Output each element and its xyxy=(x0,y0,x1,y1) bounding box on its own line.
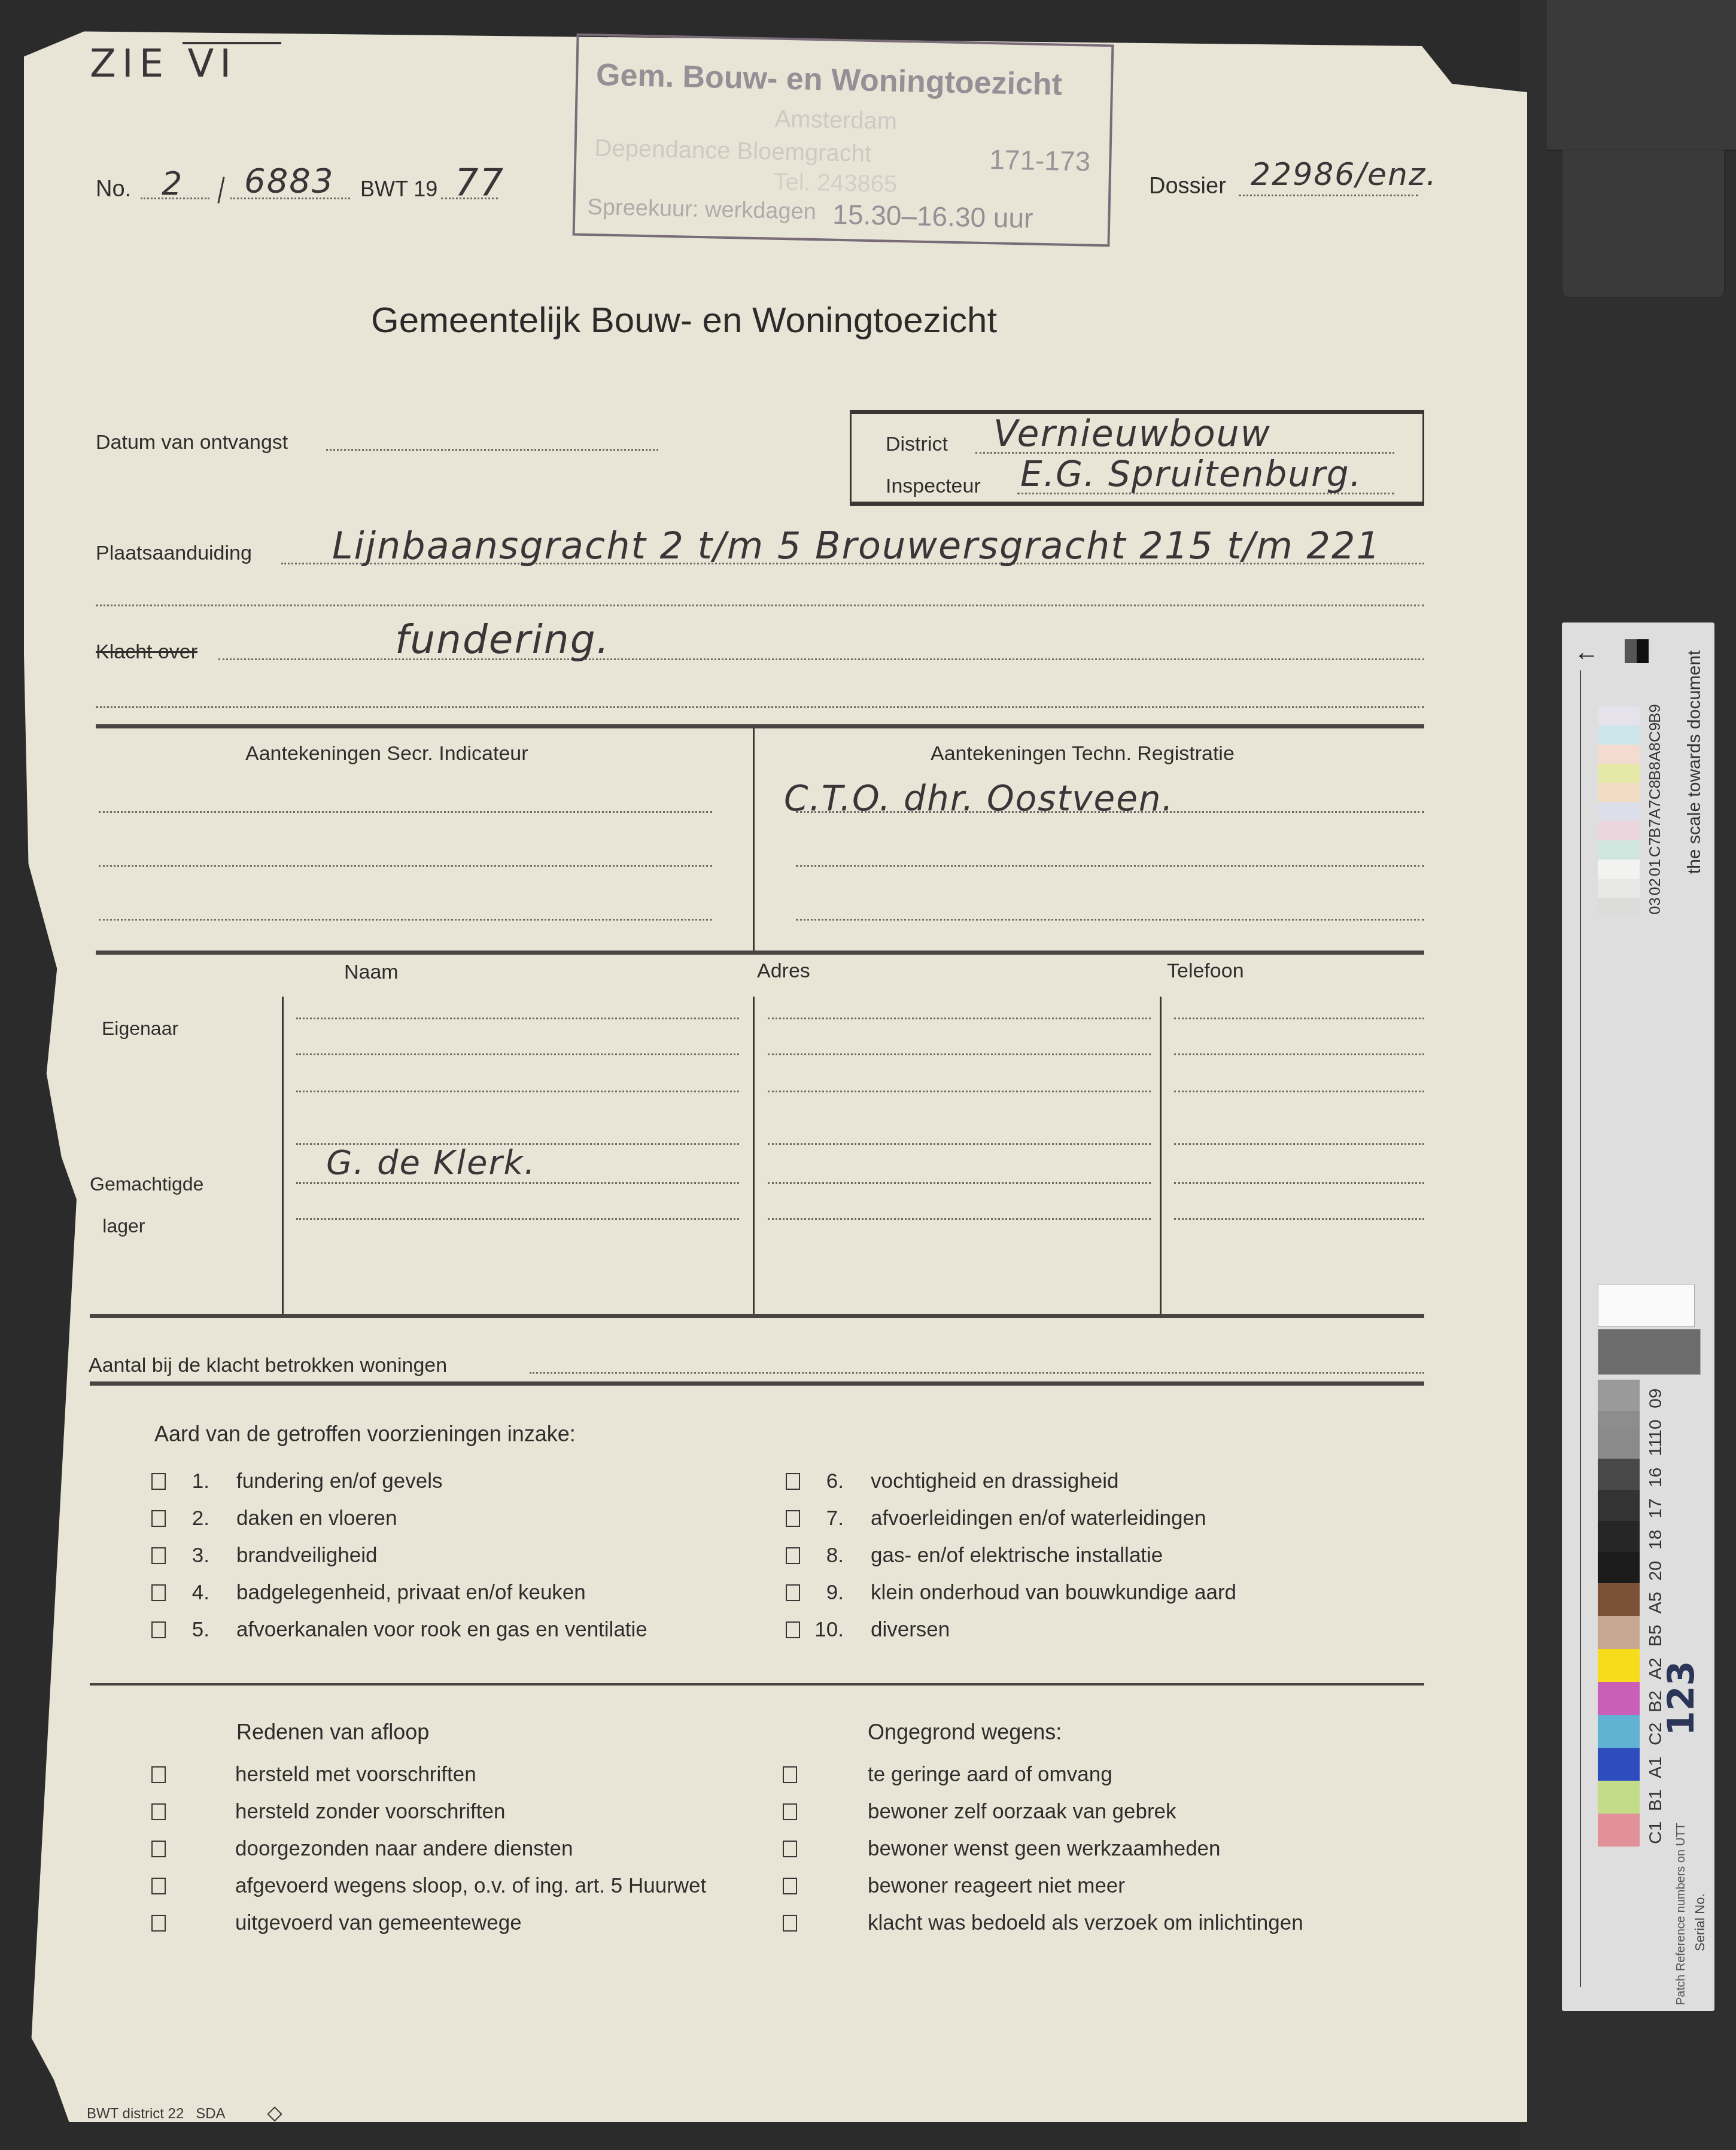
checkbox[interactable] xyxy=(786,1547,800,1564)
color-patch xyxy=(1598,840,1640,860)
secr-notes-line[interactable] xyxy=(99,919,712,921)
techn-notes-value: C.T.O. dhr. Oostveen. xyxy=(784,778,1174,819)
party-telefoon-field[interactable] xyxy=(1174,1143,1424,1145)
item-number: 4. xyxy=(177,1581,209,1605)
color-patch xyxy=(1598,1715,1640,1748)
year-suffix: 77 xyxy=(455,160,504,204)
patch-label: 01 xyxy=(1646,859,1664,876)
underline xyxy=(183,42,281,44)
item-number: 8. xyxy=(811,1544,844,1568)
ongegrond-item-label: bewoner zelf oorzaak van gebrek xyxy=(868,1800,1176,1824)
patch-label: 10 xyxy=(1646,1420,1666,1440)
row-label-gemachtigde: Gemachtigde xyxy=(90,1173,203,1195)
party-naam-field[interactable] xyxy=(296,1218,739,1220)
color-patch xyxy=(1598,860,1640,879)
ongegrond-item-label: bewoner reageert niet meer xyxy=(868,1874,1125,1898)
color-patch xyxy=(1598,706,1640,725)
patch-label: B9 xyxy=(1646,704,1664,723)
dossier-value: 22986/enz. xyxy=(1251,157,1437,193)
color-patch xyxy=(1598,764,1640,783)
checkbox[interactable] xyxy=(783,1915,797,1932)
item-number: 5. xyxy=(177,1618,209,1642)
stamp-line: 15.30–16.30 uur xyxy=(832,198,1033,235)
serial-label: Serial No. xyxy=(1692,1893,1708,1951)
column-header-telefoon: Telefoon xyxy=(1167,959,1244,983)
party-adres-field[interactable] xyxy=(768,1218,1151,1220)
checklist-item-label: brandveiligheid xyxy=(236,1544,377,1568)
party-adres-field[interactable] xyxy=(768,1091,1151,1092)
checklist-item-label: fundering en/of gevels xyxy=(236,1469,442,1493)
checkbox[interactable] xyxy=(783,1766,797,1783)
party-adres-field[interactable] xyxy=(768,1053,1151,1055)
annotation-zie: ZIE VI xyxy=(90,42,237,86)
party-adres-field[interactable] xyxy=(768,1018,1151,1019)
patch-label: 11 xyxy=(1646,1438,1666,1456)
number-label: No. xyxy=(96,177,131,202)
item-number: 3. xyxy=(177,1544,209,1568)
plaats-label: Plaatsaanduiding xyxy=(96,542,252,565)
patch-label: 03 xyxy=(1646,897,1664,915)
voorzieningen-heading: Aard van de getroffen voorzieningen inza… xyxy=(154,1422,576,1447)
color-patch xyxy=(1598,783,1640,802)
afloop-item-label: doorgezonden naar andere diensten xyxy=(235,1837,573,1861)
folder-flap xyxy=(1547,0,1736,151)
item-number: 7. xyxy=(811,1507,844,1530)
color-patch xyxy=(1598,1380,1640,1411)
party-adres-field[interactable] xyxy=(768,1143,1151,1145)
afloop-item-label: uitgevoerd van gemeentewege xyxy=(235,1911,522,1935)
checkbox[interactable] xyxy=(786,1473,800,1490)
patch-label: C1 xyxy=(1646,1821,1666,1844)
color-patch xyxy=(1598,1521,1640,1552)
patch-label: B7 xyxy=(1646,819,1664,838)
checkbox[interactable] xyxy=(783,1803,797,1820)
column-header-naam: Naam xyxy=(344,961,399,984)
plaats-field-line2[interactable] xyxy=(96,605,1424,606)
datum-field[interactable] xyxy=(326,449,658,451)
klacht-label: Klacht over xyxy=(96,640,197,664)
color-patch xyxy=(1598,1583,1640,1616)
color-patch xyxy=(1598,1428,1640,1459)
column-divider xyxy=(753,727,755,952)
divider xyxy=(96,724,1424,728)
divider xyxy=(90,1683,1424,1686)
stamp-line: Amsterdam xyxy=(774,106,897,135)
item-number: 9. xyxy=(811,1581,844,1605)
checkbox[interactable] xyxy=(151,1766,166,1783)
ruler xyxy=(1580,670,1581,1987)
party-telefoon-field[interactable] xyxy=(1174,1053,1424,1055)
ongegrond-heading: Ongegrond wegens: xyxy=(868,1720,1062,1745)
item-number: 2. xyxy=(177,1507,209,1530)
folder-flap xyxy=(1562,150,1725,297)
checklist-item-label: daken en vloeren xyxy=(236,1507,397,1530)
color-patch xyxy=(1598,1682,1640,1715)
checkbox[interactable] xyxy=(151,1473,166,1490)
form-title: Gemeentelijk Bouw- en Woningtoezicht xyxy=(371,299,997,341)
party-naam-field[interactable] xyxy=(296,1053,739,1055)
item-number: 10. xyxy=(811,1618,844,1642)
color-patch xyxy=(1598,1748,1640,1781)
column-divider xyxy=(1160,997,1162,1314)
party-naam-field[interactable] xyxy=(296,1018,739,1019)
stamp-line: Spreekuur: werkdagen xyxy=(587,195,816,225)
checkbox[interactable] xyxy=(151,1841,166,1857)
patch-label: A1 xyxy=(1646,1756,1666,1778)
patch-label: C7 xyxy=(1646,837,1664,857)
checkbox[interactable] xyxy=(151,1878,166,1894)
afloop-item-label: hersteld met voorschriften xyxy=(235,1763,476,1787)
checkbox[interactable] xyxy=(786,1510,800,1527)
checkbox[interactable] xyxy=(151,1584,166,1601)
checkbox[interactable] xyxy=(151,1547,166,1564)
patch-label: A8 xyxy=(1646,742,1664,761)
color-patch xyxy=(1598,879,1640,898)
color-patch xyxy=(1598,1649,1640,1682)
patch-label: 17 xyxy=(1646,1499,1666,1519)
plaats-value: Lijnbaansgracht 2 t/m 5 Brouwersgracht 2… xyxy=(332,524,1381,567)
ongegrond-item-label: klacht was bedoeld als verzoek om inlich… xyxy=(868,1911,1303,1935)
office-stamp: Gem. Bouw- en Woningtoezicht Amsterdam D… xyxy=(573,34,1114,247)
patch-label: 09 xyxy=(1646,1389,1666,1408)
afloop-item-label: hersteld zonder voorschriften xyxy=(235,1800,505,1824)
color-patch xyxy=(1598,1814,1640,1847)
patch-label: B1 xyxy=(1646,1789,1666,1811)
stamp-line: 171-173 xyxy=(989,143,1091,178)
dossier-label: Dossier xyxy=(1149,174,1226,199)
color-patch xyxy=(1598,1490,1640,1521)
ongegrond-item-label: te geringe aard of omvang xyxy=(868,1763,1112,1787)
color-patch xyxy=(1598,821,1640,840)
gemachtigde-naam-value: G. de Klerk. xyxy=(326,1143,536,1182)
color-patch xyxy=(1598,1552,1640,1583)
gray-wedge xyxy=(1598,1329,1701,1375)
color-patch xyxy=(1598,1781,1640,1814)
secr-notes-line[interactable] xyxy=(99,865,712,867)
party-naam-field[interactable] xyxy=(296,1091,739,1092)
afloop-item-label: afgevoerd wegens sloop, o.v. of ing. art… xyxy=(235,1874,706,1898)
color-patch xyxy=(1598,1459,1640,1490)
inspecteur-label: Inspecteur xyxy=(886,475,981,498)
inspecteur-value: E.G. Spruitenburg. xyxy=(1020,454,1362,494)
aantal-label: Aantal bij de klacht betrokken woningen xyxy=(89,1354,447,1377)
techn-notes-line[interactable] xyxy=(796,919,1424,921)
checklist-item-label: badgelegenheid, privaat en/of keuken xyxy=(236,1581,586,1605)
arrow-left-icon: ← xyxy=(1574,637,1599,666)
datum-label: Datum van ontvangst xyxy=(96,431,288,454)
ongegrond-item-label: bewoner wenst geen werkzaamheden xyxy=(868,1837,1221,1861)
aantal-field[interactable] xyxy=(530,1372,1424,1374)
checklist-item-label: vochtigheid en drassigheid xyxy=(871,1469,1118,1493)
checklist-item-label: afvoerkanalen voor rook en gas en ventil… xyxy=(236,1618,647,1642)
checkbox[interactable] xyxy=(786,1621,800,1638)
row-label-eigenaar: Eigenaar xyxy=(102,1018,178,1040)
techn-notes-line[interactable] xyxy=(796,865,1424,867)
party-naam-field[interactable] xyxy=(296,1182,739,1184)
checkbox[interactable] xyxy=(786,1584,800,1601)
patch-label: 20 xyxy=(1646,1561,1666,1581)
party-adres-field[interactable] xyxy=(768,1182,1151,1184)
party-telefoon-field[interactable] xyxy=(1174,1018,1424,1019)
checkbox[interactable] xyxy=(783,1841,797,1857)
party-telefoon-field[interactable] xyxy=(1174,1091,1424,1092)
column-divider xyxy=(753,997,755,1314)
klacht-field-line2[interactable] xyxy=(96,706,1424,708)
color-patch xyxy=(1598,745,1640,764)
serial-number-handwritten: 123 xyxy=(1661,1661,1702,1736)
column-divider xyxy=(282,997,284,1314)
district-label: District xyxy=(886,433,948,456)
patch-label: B5 xyxy=(1646,1624,1666,1647)
secr-notes-line[interactable] xyxy=(99,811,712,813)
patch-label: 18 xyxy=(1646,1530,1666,1550)
stamp-line: Gem. Bouw- en Woningtoezicht xyxy=(596,57,1063,102)
number-value: 6883 xyxy=(244,162,335,201)
patch-label: C9 xyxy=(1646,722,1664,742)
checklist-item-label: afvoerleidingen en/of waterleidingen xyxy=(871,1507,1206,1530)
divider xyxy=(96,951,1424,955)
patch-label: 02 xyxy=(1646,878,1664,895)
divider xyxy=(90,1381,1424,1386)
color-patch xyxy=(1598,725,1640,745)
patch-label: B8 xyxy=(1646,761,1664,781)
number-prefix: 2 xyxy=(162,165,183,202)
klacht-value: fundering. xyxy=(395,617,610,663)
checklist-item-label: diversen xyxy=(871,1618,950,1642)
checkbox[interactable] xyxy=(151,1803,166,1820)
color-patch xyxy=(1598,1616,1640,1649)
stamp-line: Dependance Bloemgracht xyxy=(594,135,871,168)
item-number: 6. xyxy=(811,1469,844,1493)
color-reference-card: ← the scale towards document B9C9A8B8C8A… xyxy=(1562,622,1714,2011)
checkbox[interactable] xyxy=(151,1510,166,1527)
patch-reference-text: Patch Reference numbers on UTT xyxy=(1674,1823,1688,2005)
party-telefoon-field[interactable] xyxy=(1174,1182,1424,1184)
divider xyxy=(90,1314,1424,1318)
party-telefoon-field[interactable] xyxy=(1174,1218,1424,1220)
patch-label: C8 xyxy=(1646,780,1664,800)
techn-notes-label: Aantekeningen Techn. Registratie xyxy=(931,742,1235,766)
stamp-line: Tel. 243865 xyxy=(773,169,898,198)
color-patch xyxy=(1598,898,1640,917)
gray-target-icon xyxy=(1625,639,1649,663)
checkbox[interactable] xyxy=(783,1878,797,1894)
secr-notes-label: Aantekeningen Secr. Indicateur xyxy=(245,742,528,766)
scale-direction-text: the scale towards document xyxy=(1685,650,1705,874)
patch-label: A5 xyxy=(1646,1592,1666,1614)
afloop-heading: Redenen van afloop xyxy=(236,1720,429,1745)
color-patch xyxy=(1598,802,1640,821)
item-number: 1. xyxy=(177,1469,209,1493)
checkbox[interactable] xyxy=(151,1621,166,1638)
form-footer: BWT district 22 SDA xyxy=(87,2106,226,2122)
resolution-target xyxy=(1598,1284,1695,1327)
dossier-line xyxy=(1239,195,1418,196)
checklist-item-label: klein onderhoud van bouwkundige aard xyxy=(871,1581,1236,1605)
checkbox[interactable] xyxy=(151,1915,166,1932)
patch-label: A7 xyxy=(1646,800,1664,819)
checklist-item-label: gas- en/of elektrische installatie xyxy=(871,1544,1163,1568)
patch-label: 16 xyxy=(1646,1468,1666,1487)
bwt-label: BWT 19 xyxy=(360,177,437,202)
district-value: Vernieuwbouw xyxy=(993,413,1271,455)
column-header-adres: Adres xyxy=(757,959,810,983)
